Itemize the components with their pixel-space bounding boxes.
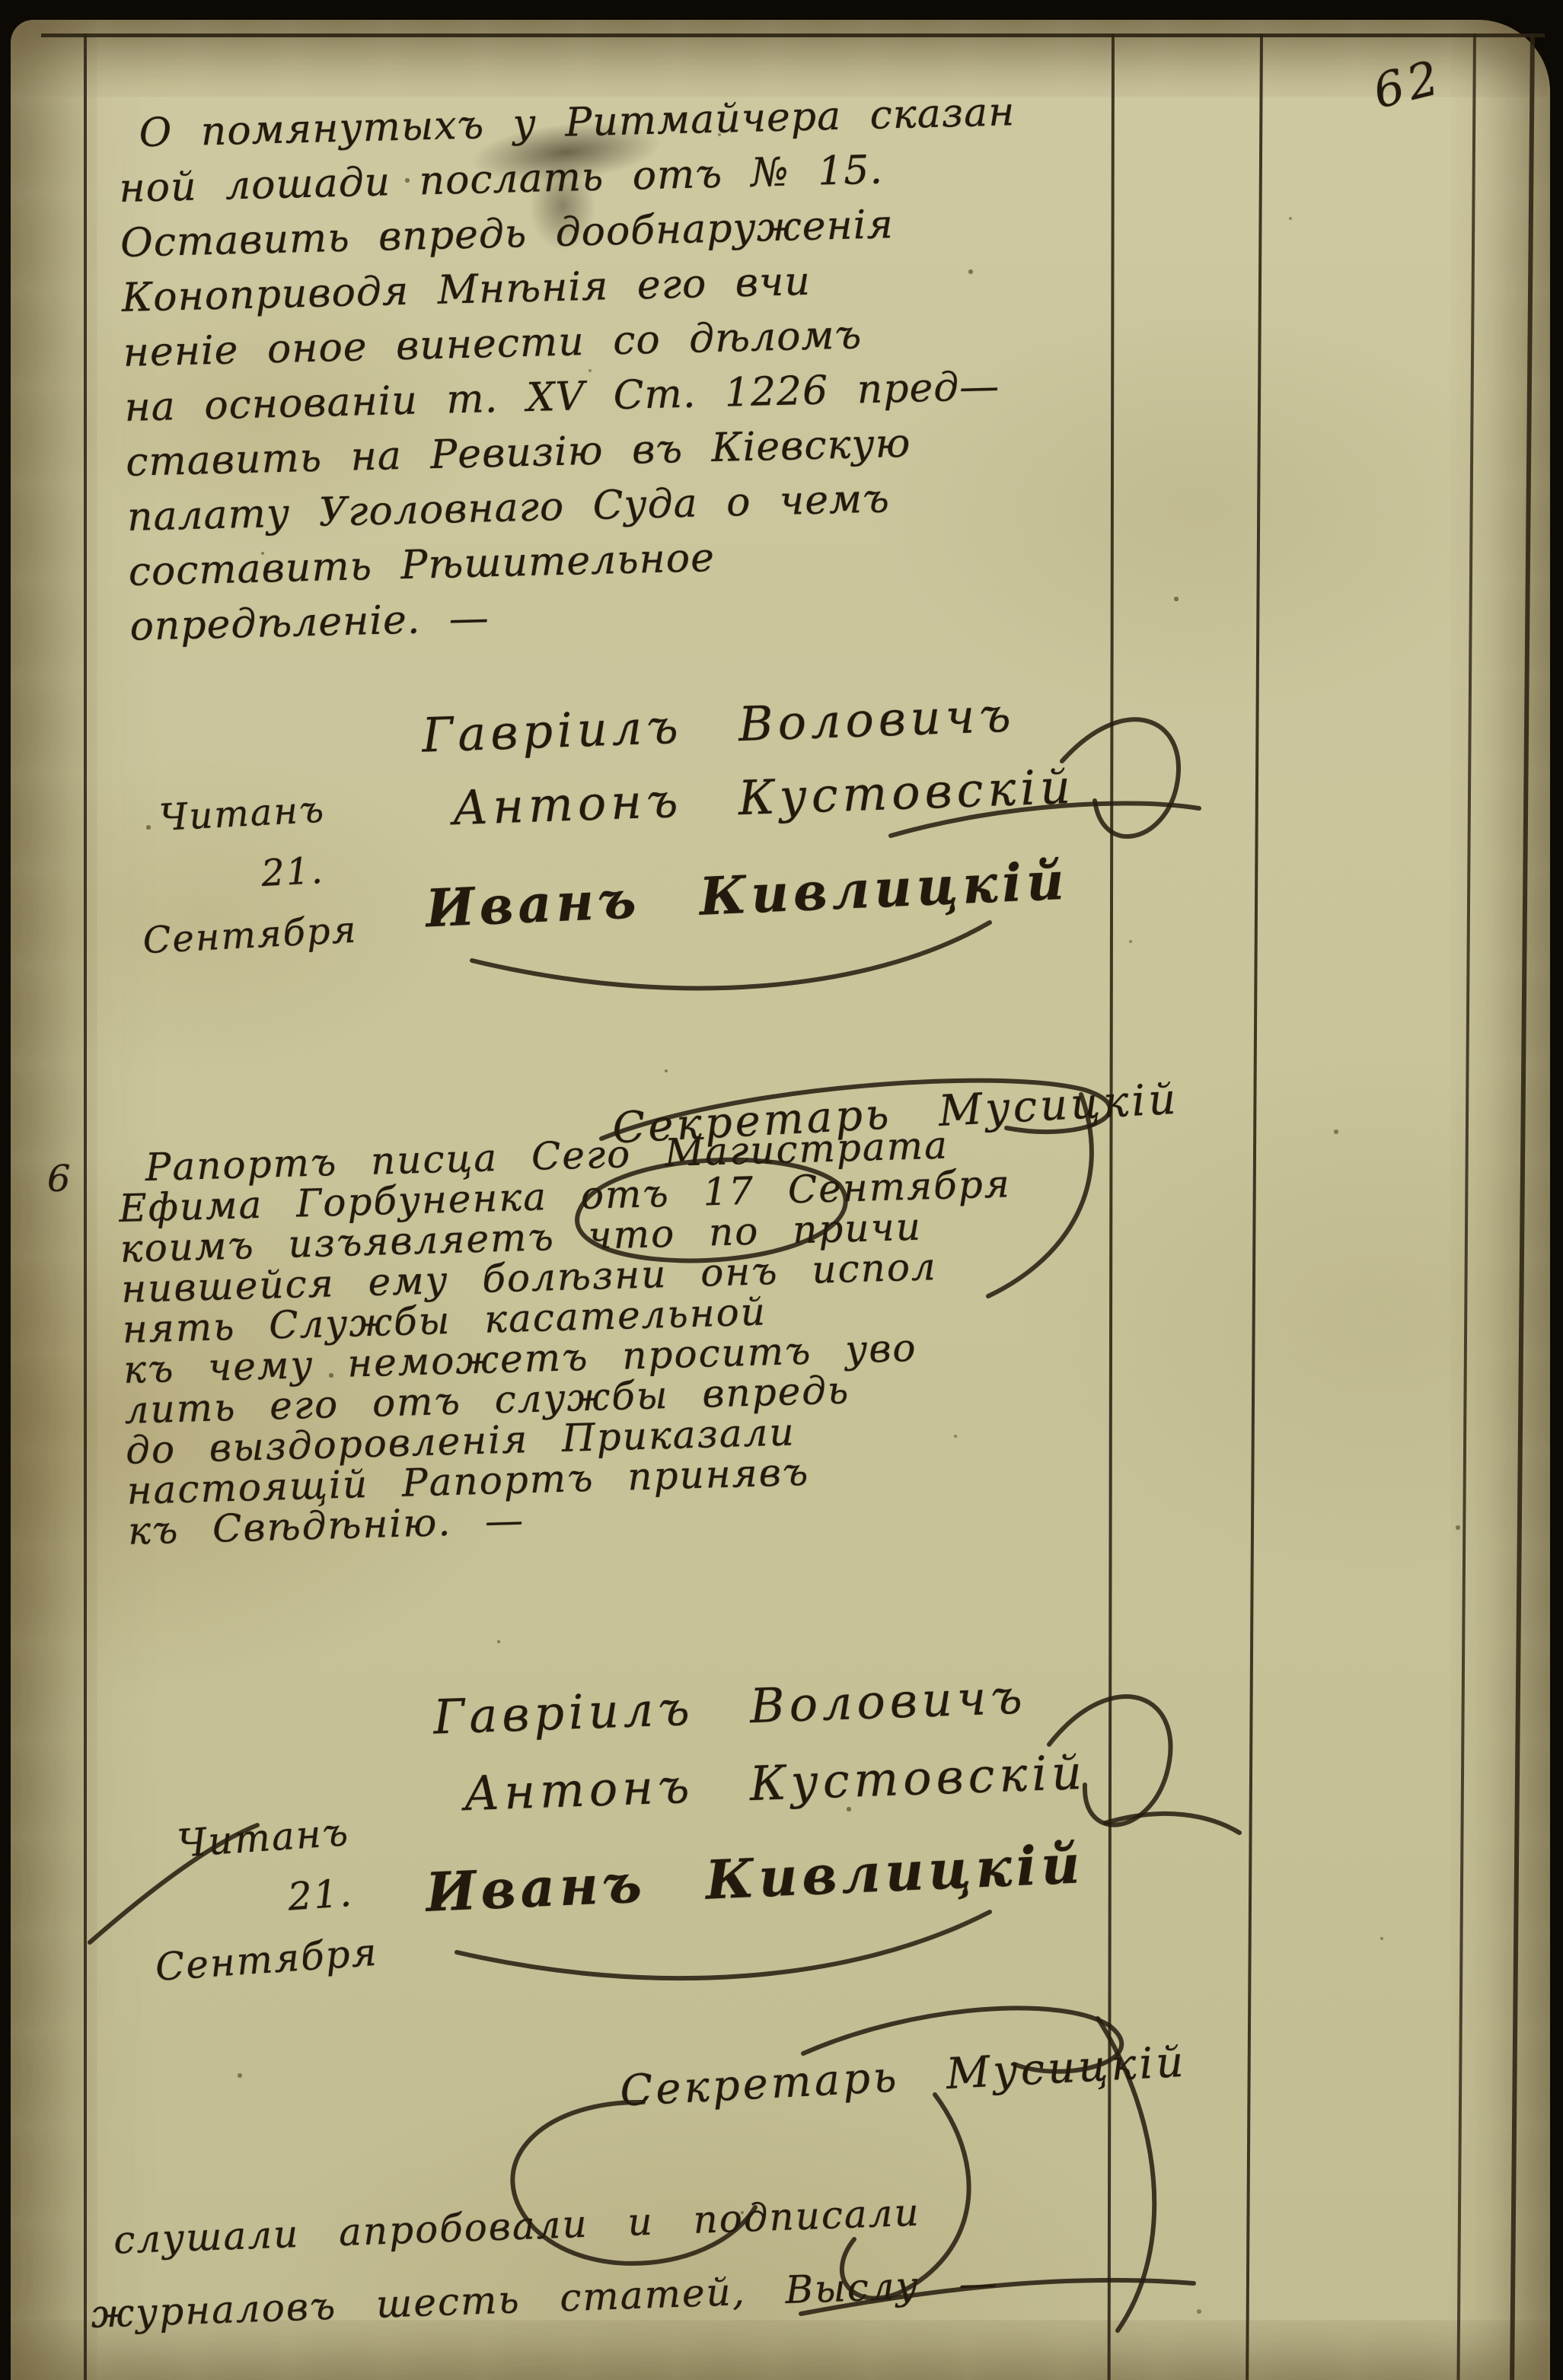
margin-note-1: Читанъ 21. Сентября: [136, 787, 359, 980]
margin-note-line: 21.: [139, 848, 356, 920]
closing-line-2: журналовъ шесть статей, Выслу —: [90, 2261, 999, 2337]
closing-line-1: слушали апробовали и подписали: [113, 2190, 920, 2263]
page-number: 62: [1368, 49, 1449, 119]
left-margin-rule: [84, 33, 87, 2380]
top-rule-line: [41, 33, 1545, 37]
signature-kustovsky-1: Антонъ Кустовскій: [451, 759, 1076, 836]
signature-kivlitsky-1: Иванъ Кивлицкій: [425, 851, 1070, 940]
column-rule-3: [1456, 33, 1476, 2380]
signature-kustovsky-2: Антонъ Кустовскій: [463, 1744, 1087, 1822]
ink-blot: [528, 161, 597, 252]
entry-2-body: Рапортъ писца Сего Магистрата Ефима Горб…: [117, 1121, 1020, 1550]
document-scan: 62 О помянутыхъ у Ритмайчера сказан ной …: [0, 0, 1563, 2380]
secretary-signature-2: Секретарь Мусицкій: [619, 2037, 1188, 2117]
ledger-page: 62 О помянутыхъ у Ритмайчера сказан ной …: [11, 20, 1550, 2380]
signature-kivlitsky-2: Иванъ Кивлицкій: [425, 1832, 1086, 1924]
margin-note-line: Читанъ: [136, 787, 353, 859]
page-edge-rule: [1510, 33, 1535, 2380]
signature-volovich-2: Гавріилъ Воловичъ: [432, 1668, 1028, 1744]
margin-note-2: Читанъ 21. Сентября: [145, 1808, 381, 2006]
signature-volovich-1: Гавріилъ Воловичъ: [421, 687, 1016, 763]
column-rule-1: [1108, 33, 1115, 2380]
entry-item-number: 6: [47, 1158, 71, 1200]
margin-note-line: Сентября: [142, 909, 359, 981]
column-rule-2: [1246, 33, 1263, 2380]
paper-speckles: [11, 20, 12, 21]
